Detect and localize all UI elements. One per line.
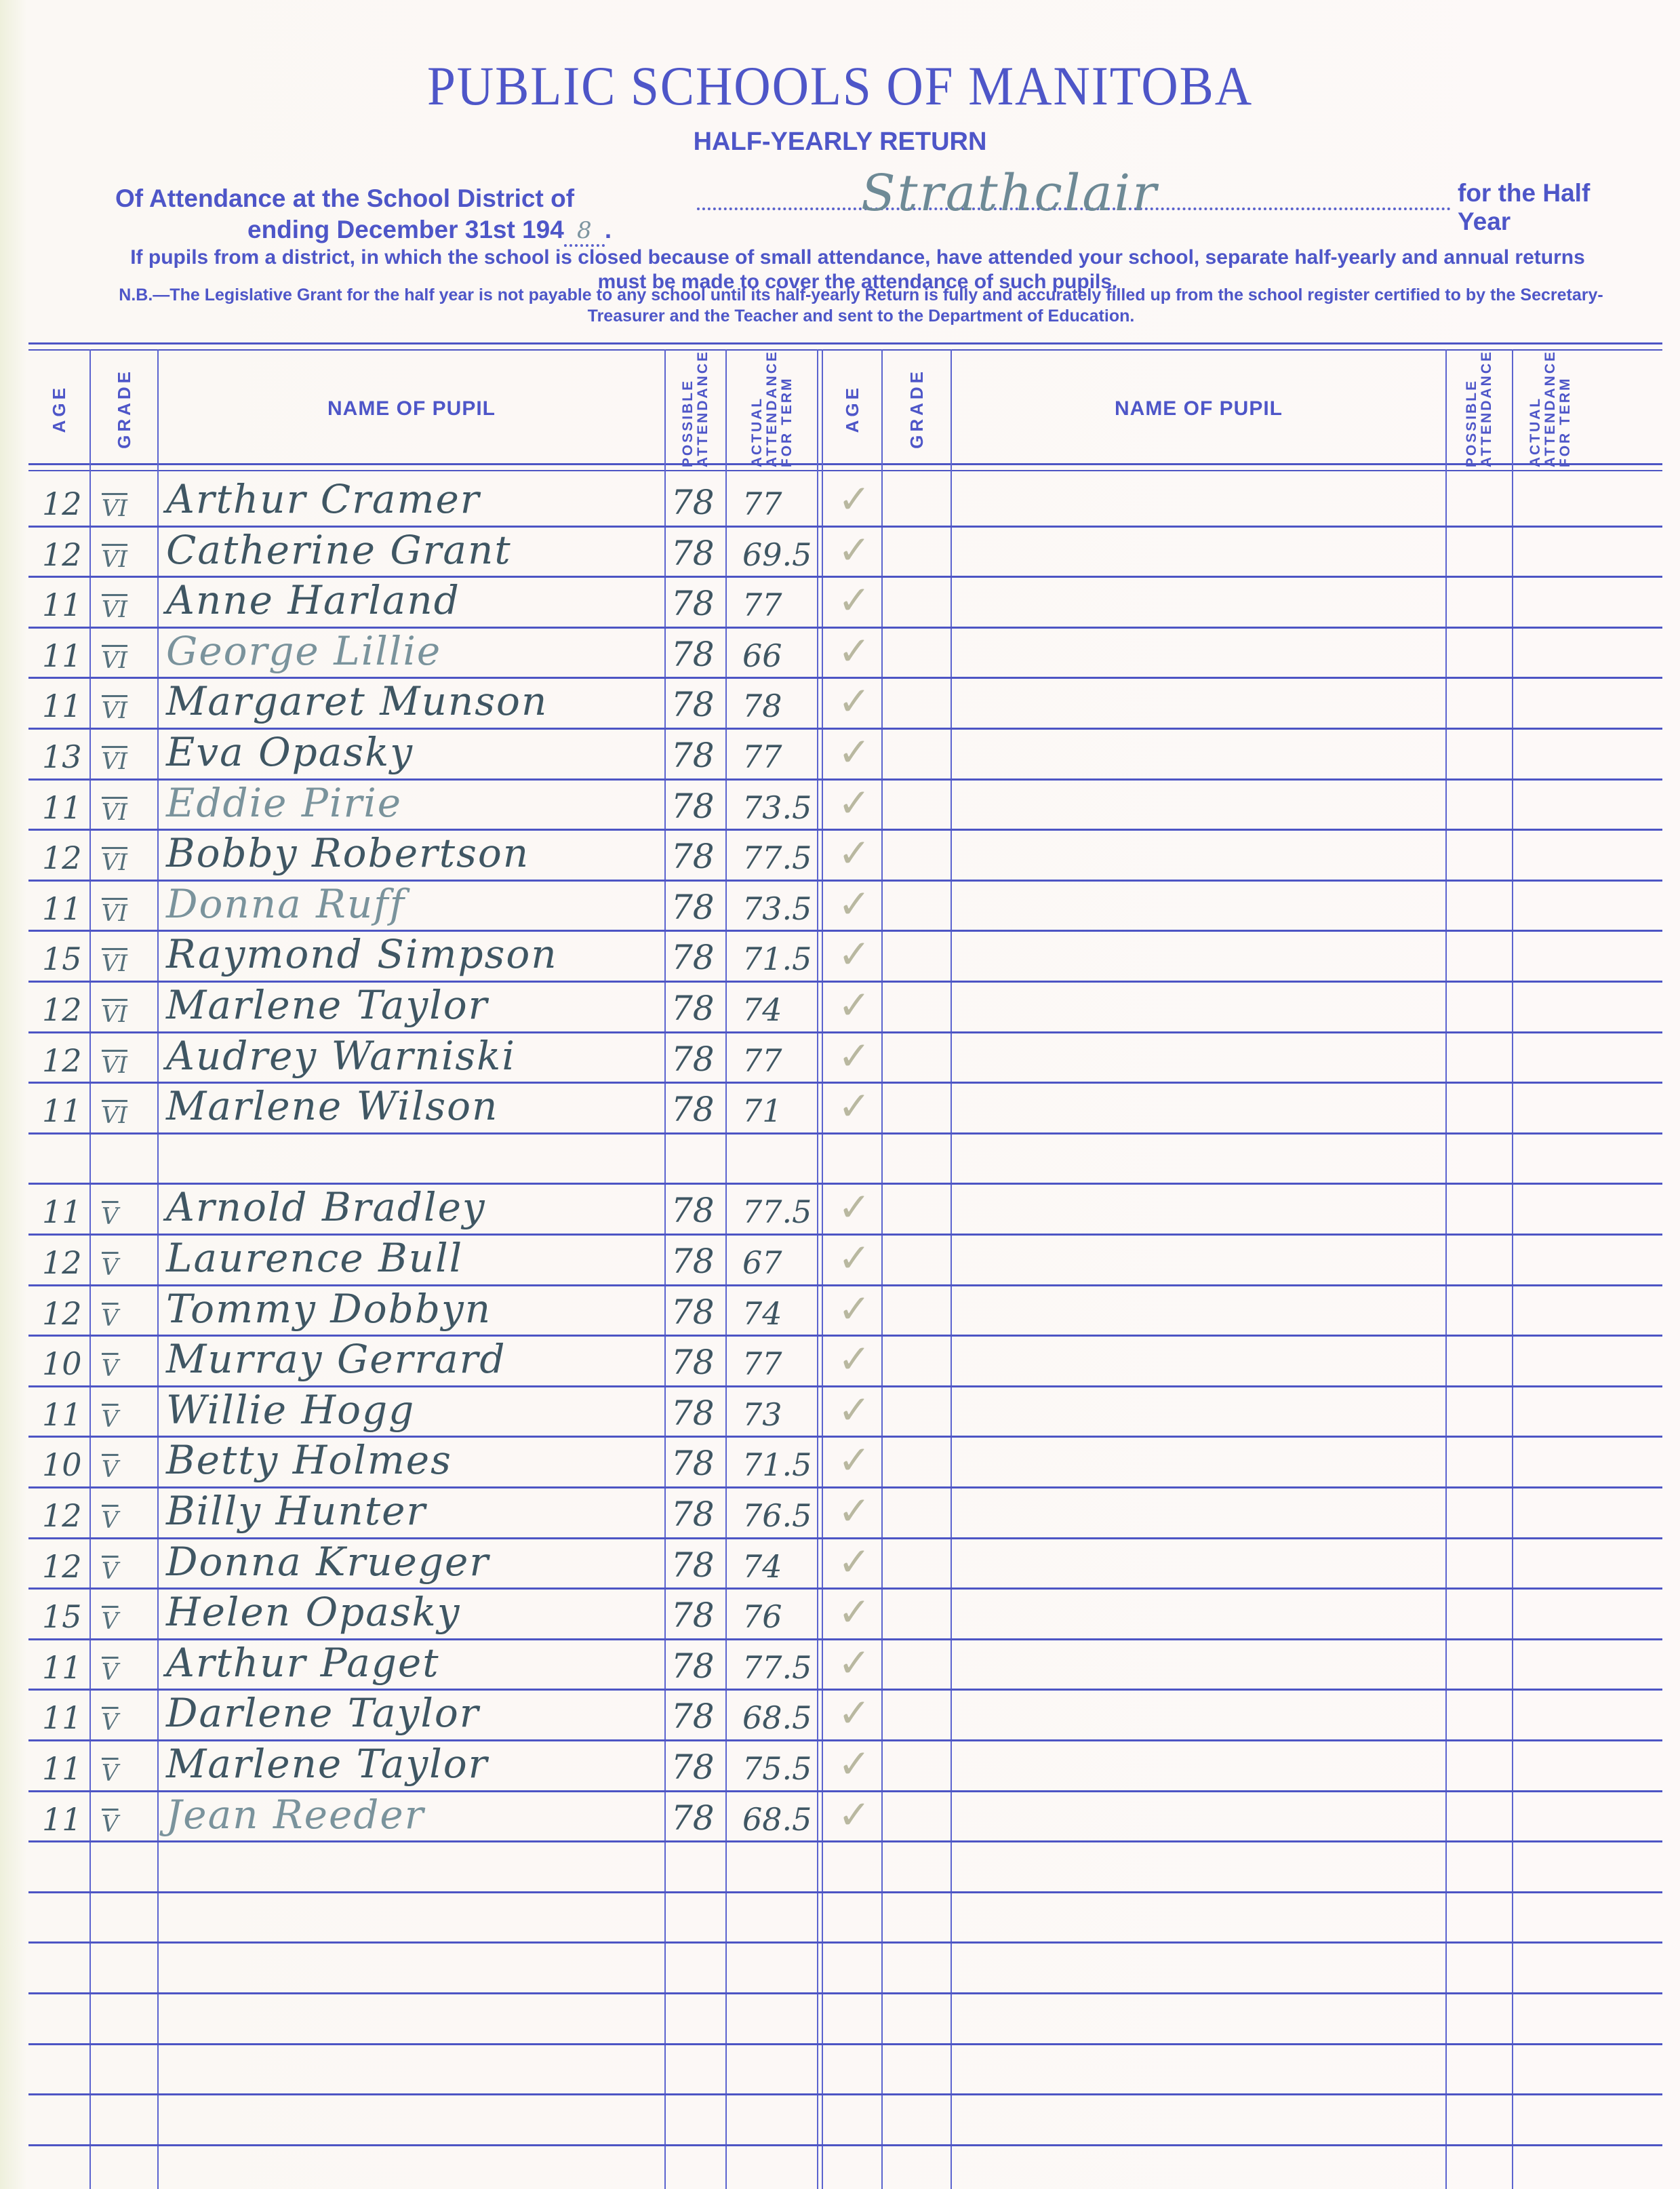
- actual-attendance: 74: [742, 1284, 817, 1336]
- check-mark-icon: ✓: [831, 576, 878, 627]
- actual-attendance: 77: [742, 1335, 817, 1386]
- col-head-possible-left: POSSIBLE ATTENDANCE: [666, 353, 725, 465]
- actual-attendance: 68.5: [742, 1790, 817, 1842]
- actual-attendance: 77: [742, 576, 817, 627]
- pupil-age: 10: [42, 1335, 89, 1386]
- actual-attendance: 66: [742, 627, 817, 678]
- row-rule: [28, 2144, 1662, 2146]
- check-mark-icon: ✓: [831, 1537, 878, 1589]
- possible-attendance: 78: [671, 1537, 725, 1589]
- pupil-name: Tommy Dobbyn: [166, 1284, 668, 1336]
- table-row-blank: [0, 1132, 1680, 1184]
- actual-attendance: 77.5: [742, 1183, 817, 1234]
- pupil-name: Marlene Taylor: [166, 981, 668, 1032]
- actual-attendance: 71: [742, 1082, 817, 1133]
- check-mark-icon: ✓: [831, 627, 878, 678]
- pupil-name: Betty Holmes: [166, 1436, 668, 1487]
- col-head-actual-left-label: ACTUAL ATTENDANCE FOR TERM: [750, 350, 795, 467]
- possible-attendance: 78: [671, 475, 725, 526]
- actual-attendance: 73.5: [742, 778, 817, 830]
- pupil-grade: VI: [102, 778, 156, 830]
- actual-attendance: 74: [742, 1537, 817, 1589]
- possible-attendance: 78: [671, 930, 725, 981]
- pupil-grade: V: [102, 1335, 156, 1386]
- table-row: 11VIEddie Pirie7873.5✓: [0, 778, 1680, 830]
- col-head-possible-right-label: POSSIBLE ATTENDANCE: [1464, 350, 1494, 467]
- actual-attendance: 76.5: [742, 1486, 817, 1538]
- pupil-age: 11: [42, 1082, 89, 1133]
- pupil-grade: VI: [102, 728, 156, 779]
- pupil-grade: V: [102, 1486, 156, 1538]
- col-head-name-left: NAME OF PUPIL: [159, 353, 664, 465]
- col-head-age-left: AGE: [28, 353, 89, 465]
- table-row: 11VWillie Hogg7873✓: [0, 1385, 1680, 1437]
- check-mark-icon: ✓: [831, 1638, 878, 1690]
- pupil-grade: VI: [102, 1082, 156, 1133]
- actual-attendance: 73: [742, 1385, 817, 1437]
- pupil-name: Eva Opasky: [166, 728, 668, 779]
- actual-attendance: 77.5: [742, 829, 817, 880]
- pupil-name: Margaret Munson: [166, 677, 668, 728]
- pupil-name: Billy Hunter: [166, 1486, 668, 1538]
- pupil-grade: VI: [102, 829, 156, 880]
- col-head-age-right-label: AGE: [845, 384, 860, 433]
- possible-attendance: 78: [671, 1790, 725, 1842]
- check-mark-icon: ✓: [831, 930, 878, 981]
- pupil-grade: VI: [102, 880, 156, 931]
- possible-attendance: 78: [671, 1587, 725, 1639]
- col-head-grade-right-label: GRADE: [909, 368, 924, 449]
- pupil-name: Darlene Taylor: [166, 1689, 668, 1740]
- table-row: 13VIEva Opasky7877✓: [0, 728, 1680, 779]
- table-row: 12VIAudrey Warniski7877✓: [0, 1031, 1680, 1083]
- pupil-name: George Lillie: [166, 627, 668, 678]
- pupil-age: 12: [42, 1537, 89, 1589]
- pupil-grade: VI: [102, 930, 156, 981]
- check-mark-icon: ✓: [831, 1234, 878, 1285]
- pupil-age: 11: [42, 576, 89, 627]
- actual-attendance: 77: [742, 1031, 817, 1083]
- table-row: 12VDonna Krueger7874✓: [0, 1537, 1680, 1589]
- check-mark-icon: ✓: [831, 526, 878, 577]
- pupil-name: Anne Harland: [166, 576, 668, 627]
- attendance-return-form: PUBLIC SCHOOLS OF MANITOBA HALF-YEARLY R…: [0, 0, 1680, 2189]
- pupil-name: Bobby Robertson: [166, 829, 668, 880]
- pupil-name: Audrey Warniski: [166, 1031, 668, 1083]
- check-mark-icon: ✓: [831, 1082, 878, 1133]
- pupil-age: 11: [42, 1689, 89, 1740]
- check-mark-icon: ✓: [831, 778, 878, 830]
- table-row: 11VMarlene Taylor7875.5✓: [0, 1739, 1680, 1791]
- actual-attendance: 74: [742, 981, 817, 1032]
- col-head-actual-left: ACTUAL ATTENDANCE FOR TERM: [727, 353, 817, 465]
- pupil-grade: V: [102, 1234, 156, 1285]
- pupil-grade: V: [102, 1537, 156, 1589]
- pupil-name: Jean Reeder: [166, 1790, 668, 1842]
- pupil-name: Raymond Simpson: [166, 930, 668, 981]
- actual-attendance: 77: [742, 475, 817, 526]
- pupil-age: 13: [42, 728, 89, 779]
- pupil-grade: VI: [102, 1031, 156, 1083]
- check-mark-icon: ✓: [831, 1031, 878, 1083]
- pupil-grade: VI: [102, 627, 156, 678]
- col-head-age-left-label: AGE: [52, 384, 66, 433]
- row-rule: [28, 1891, 1662, 1893]
- possible-attendance: 78: [671, 1234, 725, 1285]
- possible-attendance: 78: [671, 677, 725, 728]
- table-row: 12VBilly Hunter7876.5✓: [0, 1486, 1680, 1538]
- pupil-grade: VI: [102, 576, 156, 627]
- pupil-name: Donna Krueger: [166, 1537, 668, 1589]
- pupil-name: Eddie Pirie: [166, 778, 668, 830]
- check-mark-icon: ✓: [831, 1385, 878, 1437]
- table-row: 12VLaurence Bull7867✓: [0, 1234, 1680, 1285]
- pupil-age: 12: [42, 829, 89, 880]
- pupil-name: Helen Opasky: [166, 1587, 668, 1639]
- check-mark-icon: ✓: [831, 829, 878, 880]
- col-head-possible-left-label: POSSIBLE ATTENDANCE: [681, 350, 711, 467]
- check-mark-icon: ✓: [831, 1436, 878, 1487]
- table-row: 10VBetty Holmes7871.5✓: [0, 1436, 1680, 1487]
- pupil-name: Arnold Bradley: [166, 1183, 668, 1234]
- possible-attendance: 78: [671, 526, 725, 577]
- possible-attendance: 78: [671, 880, 725, 931]
- row-rule: [28, 2093, 1662, 2095]
- col-head-name-left-label: NAME OF PUPIL: [327, 397, 496, 420]
- actual-attendance: 76: [742, 1587, 817, 1639]
- pupil-grade: V: [102, 1790, 156, 1842]
- actual-attendance: 77.5: [742, 1638, 817, 1690]
- header-rule-bottom: [28, 463, 1662, 465]
- pupil-grade: VI: [102, 475, 156, 526]
- pupil-age: 12: [42, 526, 89, 577]
- pupil-age: 11: [42, 627, 89, 678]
- check-mark-icon: ✓: [831, 981, 878, 1032]
- check-mark-icon: ✓: [831, 1739, 878, 1791]
- possible-attendance: 78: [671, 981, 725, 1032]
- possible-attendance: 78: [671, 1739, 725, 1791]
- actual-attendance: 68.5: [742, 1689, 817, 1740]
- possible-attendance: 78: [671, 829, 725, 880]
- col-head-possible-right: POSSIBLE ATTENDANCE: [1447, 353, 1512, 465]
- pupil-name: Arthur Paget: [166, 1638, 668, 1690]
- pupil-name: Donna Ruff: [166, 880, 668, 931]
- possible-attendance: 78: [671, 1183, 725, 1234]
- actual-attendance: 71.5: [742, 1436, 817, 1487]
- pupil-name: Arthur Cramer: [166, 475, 668, 526]
- pupil-grade: V: [102, 1183, 156, 1234]
- pupil-age: 12: [42, 1284, 89, 1336]
- pupil-grade: VI: [102, 677, 156, 728]
- possible-attendance: 78: [671, 1082, 725, 1133]
- col-head-grade-left: GRADE: [91, 353, 157, 465]
- pupil-age: 15: [42, 930, 89, 981]
- pupil-age: 11: [42, 677, 89, 728]
- table-row: 11VArnold Bradley7877.5✓: [0, 1183, 1680, 1234]
- col-head-grade-left-label: GRADE: [117, 368, 132, 449]
- pupil-age: 11: [42, 1790, 89, 1842]
- check-mark-icon: ✓: [831, 1486, 878, 1538]
- pupil-grade: V: [102, 1739, 156, 1791]
- check-mark-icon: ✓: [831, 1790, 878, 1842]
- row-rule: [28, 1941, 1662, 1944]
- pupil-name: Willie Hogg: [166, 1385, 668, 1437]
- pupil-age: 11: [42, 1183, 89, 1234]
- header-rule-top: [28, 342, 1662, 344]
- pupil-age: 10: [42, 1436, 89, 1487]
- possible-attendance: 78: [671, 627, 725, 678]
- pupil-age: 12: [42, 475, 89, 526]
- possible-attendance: 78: [671, 1385, 725, 1437]
- col-head-age-right: AGE: [823, 353, 881, 465]
- table-row: 10VMurray Gerrard7877✓: [0, 1335, 1680, 1386]
- pupil-grade: V: [102, 1689, 156, 1740]
- pupil-age: 12: [42, 1031, 89, 1083]
- pupil-age: 12: [42, 1234, 89, 1285]
- pupil-grade: VI: [102, 526, 156, 577]
- pupil-age: 11: [42, 778, 89, 830]
- actual-attendance: 67: [742, 1234, 817, 1285]
- pupil-grade: V: [102, 1638, 156, 1690]
- col-head-actual-right-label: ACTUAL ATTENDANCE FOR TERM: [1528, 350, 1573, 467]
- table-row: 15VHelen Opasky7876✓: [0, 1587, 1680, 1639]
- table-row: 11VArthur Paget7877.5✓: [0, 1638, 1680, 1690]
- col-head-grade-right: GRADE: [883, 353, 951, 465]
- pupil-name: Marlene Taylor: [166, 1739, 668, 1791]
- pupil-name: Murray Gerrard: [166, 1335, 668, 1386]
- table-row: 12VIBobby Robertson7877.5✓: [0, 829, 1680, 880]
- possible-attendance: 78: [671, 1284, 725, 1336]
- pupil-grade: V: [102, 1385, 156, 1437]
- pupil-age: 15: [42, 1587, 89, 1639]
- pupil-age: 11: [42, 1638, 89, 1690]
- possible-attendance: 78: [671, 1031, 725, 1083]
- possible-attendance: 78: [671, 1486, 725, 1538]
- possible-attendance: 78: [671, 1335, 725, 1386]
- actual-attendance: 69.5: [742, 526, 817, 577]
- pupil-grade: V: [102, 1436, 156, 1487]
- check-mark-icon: ✓: [831, 728, 878, 779]
- header-rule-top-inner: [28, 349, 1662, 351]
- table-row: 15VIRaymond Simpson7871.5✓: [0, 930, 1680, 981]
- pupil-age: 12: [42, 981, 89, 1032]
- table-row: 12VIMarlene Taylor7874✓: [0, 981, 1680, 1032]
- possible-attendance: 78: [671, 1689, 725, 1740]
- table-row: 11VJean Reeder7868.5✓: [0, 1790, 1680, 1842]
- actual-attendance: 71.5: [742, 930, 817, 981]
- pupil-age: 11: [42, 1739, 89, 1791]
- actual-attendance: 75.5: [742, 1739, 817, 1791]
- pupil-age: 12: [42, 1486, 89, 1538]
- header-rule-bottom-inner: [28, 470, 1662, 471]
- check-mark-icon: ✓: [831, 1587, 878, 1639]
- possible-attendance: 78: [671, 1436, 725, 1487]
- pupil-name: Laurence Bull: [166, 1234, 668, 1285]
- row-rule: [28, 1992, 1662, 1994]
- actual-attendance: 77: [742, 728, 817, 779]
- table-row: 11VDarlene Taylor7868.5✓: [0, 1689, 1680, 1740]
- table-row: 11VIGeorge Lillie7866✓: [0, 627, 1680, 678]
- table-row: 12VTommy Dobbyn7874✓: [0, 1284, 1680, 1336]
- col-head-actual-right: ACTUAL ATTENDANCE FOR TERM: [1513, 353, 1649, 465]
- table-row: 11VIMargaret Munson7878✓: [0, 677, 1680, 728]
- row-rule: [28, 2043, 1662, 2045]
- check-mark-icon: ✓: [831, 1335, 878, 1386]
- possible-attendance: 78: [671, 728, 725, 779]
- table-row: 11VIDonna Ruff7873.5✓: [0, 880, 1680, 931]
- check-mark-icon: ✓: [831, 1183, 878, 1234]
- table-row: 12VIArthur Cramer7877✓: [0, 475, 1680, 526]
- possible-attendance: 78: [671, 778, 725, 830]
- table-row: 11VIAnne Harland7877✓: [0, 576, 1680, 627]
- check-mark-icon: ✓: [831, 475, 878, 526]
- pupil-name: Marlene Wilson: [166, 1082, 668, 1133]
- possible-attendance: 78: [671, 1638, 725, 1690]
- pupil-name: Catherine Grant: [166, 526, 668, 577]
- actual-attendance: 78: [742, 677, 817, 728]
- actual-attendance: 73.5: [742, 880, 817, 931]
- possible-attendance: 78: [671, 576, 725, 627]
- pupil-age: 11: [42, 1385, 89, 1437]
- check-mark-icon: ✓: [831, 677, 878, 728]
- pupil-grade: V: [102, 1284, 156, 1336]
- pupil-grade: VI: [102, 981, 156, 1032]
- check-mark-icon: ✓: [831, 880, 878, 931]
- col-head-name-right: NAME OF PUPIL: [952, 353, 1445, 465]
- check-mark-icon: ✓: [831, 1689, 878, 1740]
- pupil-grade: V: [102, 1587, 156, 1639]
- check-mark-icon: ✓: [831, 1284, 878, 1336]
- table-row: 11VIMarlene Wilson7871✓: [0, 1082, 1680, 1133]
- col-head-name-right-label: NAME OF PUPIL: [1115, 397, 1283, 420]
- table-row: 12VICatherine Grant7869.5✓: [0, 526, 1680, 577]
- pupil-age: 11: [42, 880, 89, 931]
